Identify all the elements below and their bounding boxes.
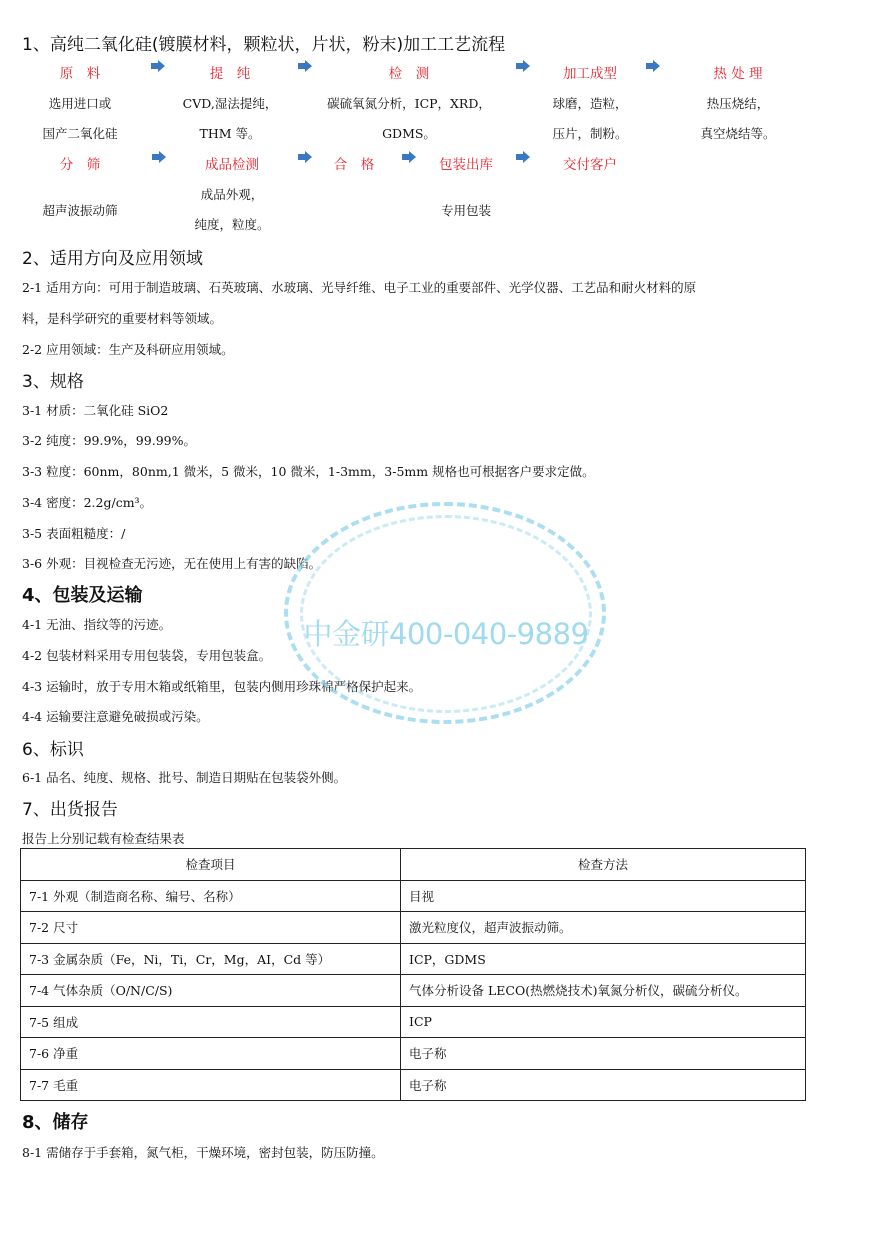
spec-item: 3-1 材质：二氧化硅 SiO2 xyxy=(22,401,168,419)
flow-step-label: 检 测 xyxy=(318,62,500,82)
flow-step-label: 成品检测 xyxy=(170,153,294,173)
table-cell-method: ICP xyxy=(401,1006,806,1038)
flow-step-label: 提 纯 xyxy=(168,62,292,82)
flow-step-label: 合 格 xyxy=(316,153,392,173)
flow-step-desc: 超声波振动筛 xyxy=(20,201,140,219)
flow-step-label: 加工成型 xyxy=(540,62,640,82)
right-arrow-icon xyxy=(516,151,530,163)
flow-step-desc: 成品外观， xyxy=(170,185,294,203)
flow-step: 分 筛 xyxy=(20,153,140,173)
table-cell-method: 电子称 xyxy=(401,1069,806,1101)
flow-step: 加工成型 球磨，造粒， 压片，制粉。 xyxy=(540,62,640,142)
flow-step-desc: 球磨，造粒， xyxy=(540,94,640,112)
table-cell-item: 7-2 尺寸 xyxy=(21,912,401,944)
flow-step-desc: CVD,湿法提纯， xyxy=(168,94,292,112)
column-header-item: 检查项目 xyxy=(21,849,401,881)
spec-item: 3-3 粒度：60nm，80nm,1 微米，5 微米，10 微米，1-3mm，3… xyxy=(22,462,595,480)
flow-step: 包装出库 xyxy=(420,153,512,173)
flow-step-label: 交付客户 xyxy=(540,153,640,173)
packaging-item: 4-1 无油、指纹等的污迹。 xyxy=(22,615,171,633)
flow-step-label: 原 料 xyxy=(20,62,140,82)
section1-title: 1、高纯二氧化硅(镀膜材料，颗粒状，片状，粉末)加工工艺流程 xyxy=(22,30,505,55)
paragraph: 2-2 应用领域：生产及科研应用领域。 xyxy=(22,340,234,358)
table-cell-item: 7-6 净重 xyxy=(21,1038,401,1070)
section3-title: 3、规格 xyxy=(22,367,84,392)
flow-step-desc: GDMS。 xyxy=(318,124,500,142)
table-cell-item: 7-5 组成 xyxy=(21,1006,401,1038)
right-arrow-icon xyxy=(298,151,312,163)
flow-step-desc: 真空烧结等。 xyxy=(672,124,804,142)
table-row: 7-2 尺寸 激光粒度仪，超声波振动筛。 xyxy=(21,912,806,944)
flow-step: 热 处 理 热压烧结， 真空烧结等。 xyxy=(672,62,804,142)
table-row: 7-6 净重 电子称 xyxy=(21,1038,806,1070)
flow-step: 合 格 xyxy=(316,153,392,173)
table-cell-method: ICP，GDMS xyxy=(401,943,806,975)
flow-step: 交付客户 xyxy=(540,153,640,173)
right-arrow-icon xyxy=(402,151,416,163)
flow-step-desc: THM 等。 xyxy=(168,124,292,142)
flow-step: 提 纯 CVD,湿法提纯， THM 等。 xyxy=(168,62,292,142)
section2-title: 2、适用方向及应用领域 xyxy=(22,244,203,269)
paragraph: 2-1 适用方向：可用于制造玻璃、石英玻璃、水玻璃、光导纤维、电子工业的重要部件… xyxy=(22,278,696,296)
table-cell-method: 激光粒度仪，超声波振动筛。 xyxy=(401,912,806,944)
spec-item: 3-4 密度：2.2g/cm³。 xyxy=(22,493,152,511)
spec-item: 3-5 表面粗糙度：/ xyxy=(22,524,125,542)
table-row: 7-7 毛重 电子称 xyxy=(21,1069,806,1101)
storage-item: 8-1 需储存于手套箱，氮气柜，干燥环境，密封包装，防压防撞。 xyxy=(22,1143,384,1161)
column-header-method: 检查方法 xyxy=(401,849,806,881)
table-cell-method: 电子称 xyxy=(401,1038,806,1070)
table-row: 7-5 组成 ICP xyxy=(21,1006,806,1038)
report-intro: 报告上分别记载有检查结果表 xyxy=(22,829,185,847)
flow-step-label: 热 处 理 xyxy=(672,62,804,82)
section4-title: 4、包装及运输 xyxy=(22,581,143,607)
flow-step-desc: 选用进口或 xyxy=(20,94,140,112)
flow-step-desc: 热压烧结， xyxy=(672,94,804,112)
flow-step: 原 料 选用进口或 国产二氧化硅 xyxy=(20,62,140,142)
table-row: 7-3 金属杂质（Fe，Ni，Ti，Cr，Mg，AI，Cd 等） ICP，GDM… xyxy=(21,943,806,975)
section7-title: 7、出货报告 xyxy=(22,795,118,820)
paragraph: 料，是科学研究的重要材料等领域。 xyxy=(22,309,222,327)
table-cell-method: 气体分析设备 LECO(热燃烧技术)氧氮分析仪，碳硫分析仪。 xyxy=(401,975,806,1007)
flow-step-desc: 专用包装 xyxy=(420,201,512,219)
watermark-text: 中金研400-040-9889 xyxy=(296,612,596,653)
flow-step-label: 包装出库 xyxy=(420,153,512,173)
right-arrow-icon xyxy=(152,151,166,163)
table-row: 7-4 气体杂质（O/N/C/S) 气体分析设备 LECO(热燃烧技术)氧氮分析… xyxy=(21,975,806,1007)
table-cell-method: 目视 xyxy=(401,880,806,912)
flow-step-desc: 压片，制粉。 xyxy=(540,124,640,142)
packaging-item: 4-2 包装材料采用专用包装袋，专用包装盒。 xyxy=(22,646,271,664)
label-item: 6-1 品名、纯度、规格、批号、制造日期贴在包装袋外侧。 xyxy=(22,768,346,786)
table-cell-item: 7-1 外观（制造商名称、编号、名称） xyxy=(21,880,401,912)
right-arrow-icon xyxy=(151,60,165,72)
right-arrow-icon xyxy=(298,60,312,72)
table-row: 7-1 外观（制造商名称、编号、名称） 目视 xyxy=(21,880,806,912)
spec-item: 3-6 外观：目视检查无污迹，无在使用上有害的缺陷。 xyxy=(22,554,321,572)
table-header-row: 检查项目 检查方法 xyxy=(21,849,806,881)
flow-step-label: 分 筛 xyxy=(20,153,140,173)
section8-title: 8、储存 xyxy=(22,1108,89,1134)
section6-title: 6、标识 xyxy=(22,735,84,760)
flow-step-desc: 纯度，粒度。 xyxy=(170,215,294,233)
inspection-table: 检查项目 检查方法 7-1 外观（制造商名称、编号、名称） 目视 7-2 尺寸 … xyxy=(20,848,806,1101)
flow-step: 检 测 碳硫氧氮分析，ICP，XRD， GDMS。 xyxy=(318,62,500,142)
packaging-item: 4-4 运输要注意避免破损或污染。 xyxy=(22,707,209,725)
flow-step-desc: 国产二氧化硅 xyxy=(20,124,140,142)
flow-step-desc: 碳硫氧氮分析，ICP，XRD， xyxy=(318,94,500,112)
flow-step: 成品检测 成品外观， 纯度，粒度。 xyxy=(170,153,294,233)
right-arrow-icon xyxy=(516,60,530,72)
table-cell-item: 7-3 金属杂质（Fe，Ni，Ti，Cr，Mg，AI，Cd 等） xyxy=(21,943,401,975)
table-cell-item: 7-7 毛重 xyxy=(21,1069,401,1101)
right-arrow-icon xyxy=(646,60,660,72)
table-cell-item: 7-4 气体杂质（O/N/C/S) xyxy=(21,975,401,1007)
spec-item: 3-2 纯度：99.9%，99.99%。 xyxy=(22,431,196,449)
